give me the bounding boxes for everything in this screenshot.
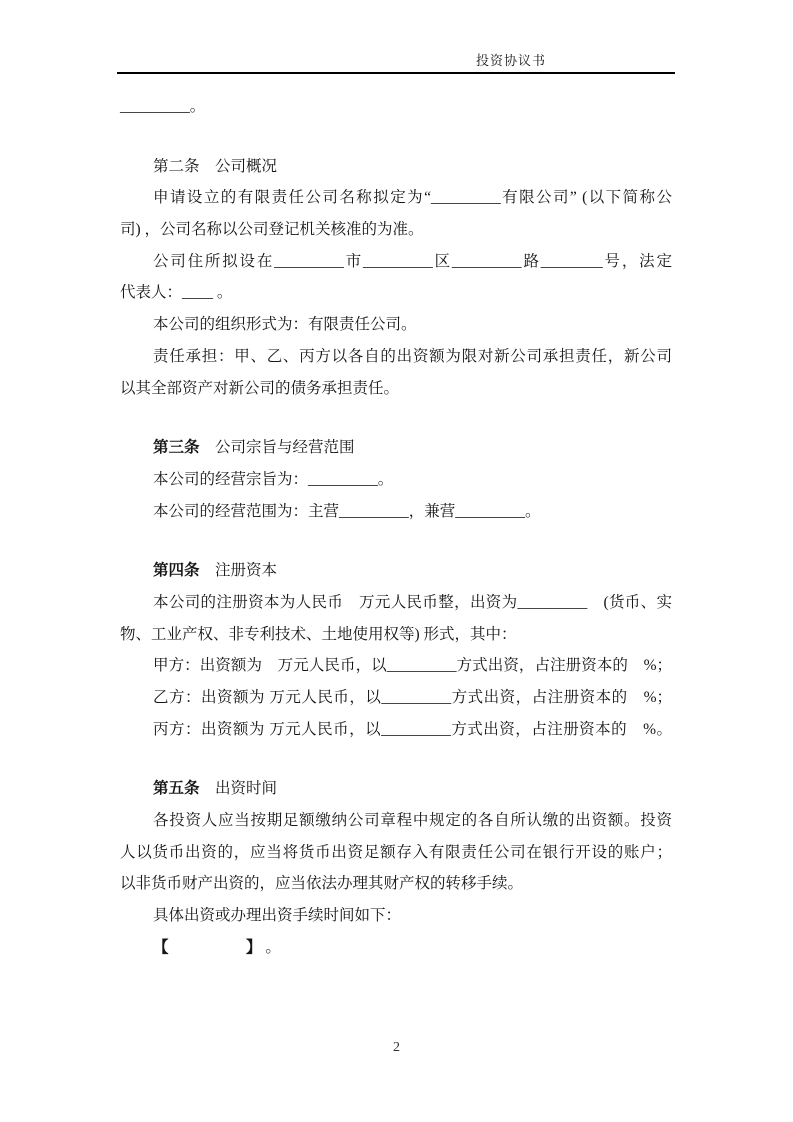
document-line: 乙方：出资额为 万元人民币，以_________方式出资，占注册资本的 %； bbox=[120, 682, 672, 714]
clause-heading: 第四条 注册资本 bbox=[120, 555, 672, 587]
document-line: 本公司的注册资本为人民币 万元人民币整，出资为_________ (货币、实 bbox=[120, 587, 672, 619]
document-line: 申请设立的有限责任公司名称拟定为“_________有限公司” (以下简称公 bbox=[120, 182, 672, 214]
document-line: 本公司的组织形式为：有限责任公司。 bbox=[120, 309, 672, 341]
page-number: 2 bbox=[0, 1038, 793, 1058]
document-line: 以其全部资产对新公司的债务承担责任。 bbox=[120, 373, 672, 405]
document-line: 司) ，公司名称以公司登记机关核准的为准。 bbox=[120, 214, 672, 246]
document-line: 甲方：出资额为 万元人民币，以_________方式出资，占注册资本的 %； bbox=[120, 650, 672, 682]
page-header: 投资协议书 bbox=[117, 0, 675, 74]
document-line: 各投资人应当按期足额缴纳公司章程中规定的各自所认缴的出资额。投资 bbox=[120, 805, 672, 837]
paragraph-spacer bbox=[120, 745, 672, 773]
paragraph-spacer bbox=[120, 527, 672, 555]
clause-heading: 第三条 公司宗旨与经营范围 bbox=[120, 432, 672, 464]
document-page: 投资协议书 _________。 第二条 公司概况 申请设立的有限责任公司名称拟… bbox=[0, 0, 793, 1122]
header-title: 投资协议书 bbox=[117, 50, 546, 72]
document-line: 人以货币出资的，应当将货币出资足额存入有限责任公司在银行开设的账户； bbox=[120, 837, 672, 869]
document-line: _________。 bbox=[120, 91, 672, 123]
paragraph-spacer bbox=[120, 404, 672, 432]
clause-heading: 第五条 出资时间 bbox=[120, 773, 672, 805]
document-body: _________。 第二条 公司概况 申请设立的有限责任公司名称拟定为“___… bbox=[120, 74, 672, 964]
document-line: 代表人：____ 。 bbox=[120, 277, 672, 309]
document-line: 具体出资或办理出资手续时间如下： bbox=[120, 900, 672, 932]
document-line: 本公司的经营宗旨为：_________。 bbox=[120, 464, 672, 496]
document-line: 本公司的经营范围为：主营_________，兼营_________。 bbox=[120, 496, 672, 528]
document-line: 公司住所拟设在_________市_________区_________路___… bbox=[120, 246, 672, 278]
document-line: 责任承担：甲、乙、丙方以各自的出资额为限对新公司承担责任，新公司 bbox=[120, 341, 672, 373]
document-line: 【 】 。 bbox=[120, 932, 672, 964]
document-line: 丙方：出资额为 万元人民币，以_________方式出资，占注册资本的 %。 bbox=[120, 714, 672, 746]
document-line: 以非货币财产出资的，应当依法办理其财产权的转移手续。 bbox=[120, 868, 672, 900]
document-line: 物、工业产权、非专利技术、土地使用权等) 形式，其中： bbox=[120, 619, 672, 651]
clause-heading: 第二条 公司概况 bbox=[120, 151, 672, 183]
paragraph-spacer bbox=[120, 123, 672, 151]
